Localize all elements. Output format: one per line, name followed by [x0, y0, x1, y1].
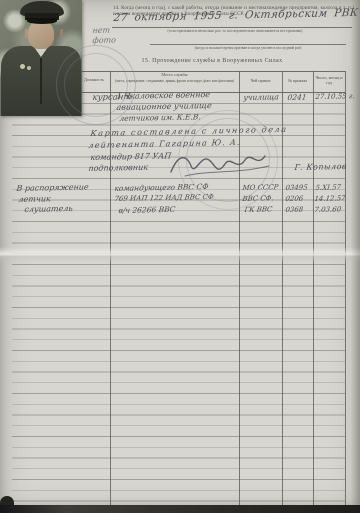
scan-bottom-edge — [0, 505, 360, 513]
note-line4: подполковник — [88, 163, 148, 173]
round-stamp-icon — [178, 110, 278, 210]
column-divider-4 — [313, 71, 314, 505]
military-record-page: 14. Когда (месяц и год), с какой работы,… — [0, 0, 360, 513]
entry-row4-place: в/ч 26266 ВВС — [118, 205, 176, 215]
pencil-note-line2: фото — [92, 35, 116, 45]
table-right-border — [345, 71, 346, 505]
col-header-order-no: № приказа — [283, 79, 312, 84]
paper-fold-crease — [0, 247, 360, 263]
entry-row1-place-line3: летчиков им. К.Е.В. — [119, 112, 201, 123]
medal-icon — [27, 66, 31, 70]
section14-caption-1: (если призывался несколько раз, то после… — [130, 29, 340, 33]
uniform-lapel — [40, 58, 42, 104]
medal-icon — [20, 64, 25, 69]
column-divider-3 — [282, 71, 283, 505]
col-header-place-title: Место службы — [161, 72, 187, 77]
entry-row4-date: 7.03.60 — [314, 205, 342, 214]
section14-caption-2: (когда и на какое время призван и когда … — [150, 46, 346, 50]
entry-row1-order-no: 0241 — [287, 93, 307, 102]
entry-row2-date: 5.XI.57 — [315, 183, 341, 192]
round-stamp-icon — [56, 45, 136, 125]
cap-visor — [27, 18, 57, 24]
pencil-note-line1: нет — [92, 26, 111, 35]
entry-row4-order-by: ГК ВВС — [244, 205, 273, 214]
entry-row4-order-no: 0368 — [285, 206, 304, 214]
signature-name: Г. Копылов — [294, 162, 348, 172]
entry-row3-order-no: 0206 — [285, 195, 304, 203]
entry-row4-position: слушатель — [24, 204, 73, 214]
paper-edge-shadow — [351, 0, 360, 513]
face — [28, 20, 54, 49]
entry-row1-order-by: училища — [243, 92, 279, 102]
entry-row2-order-no: 03495 — [285, 184, 308, 192]
entry-row2-position: В распоряжение — [16, 182, 89, 193]
note-line3: командир 817 УАП — [90, 151, 172, 162]
col-header-order-by: Чей приказ — [240, 79, 281, 84]
col-header-date: Число, месяц и год — [314, 76, 344, 86]
entry-row3-date: 14.12.57 — [314, 194, 346, 203]
entry-row1-date: 27.10.55 г. — [315, 92, 355, 101]
entry-row3-position: летчик — [18, 194, 51, 204]
